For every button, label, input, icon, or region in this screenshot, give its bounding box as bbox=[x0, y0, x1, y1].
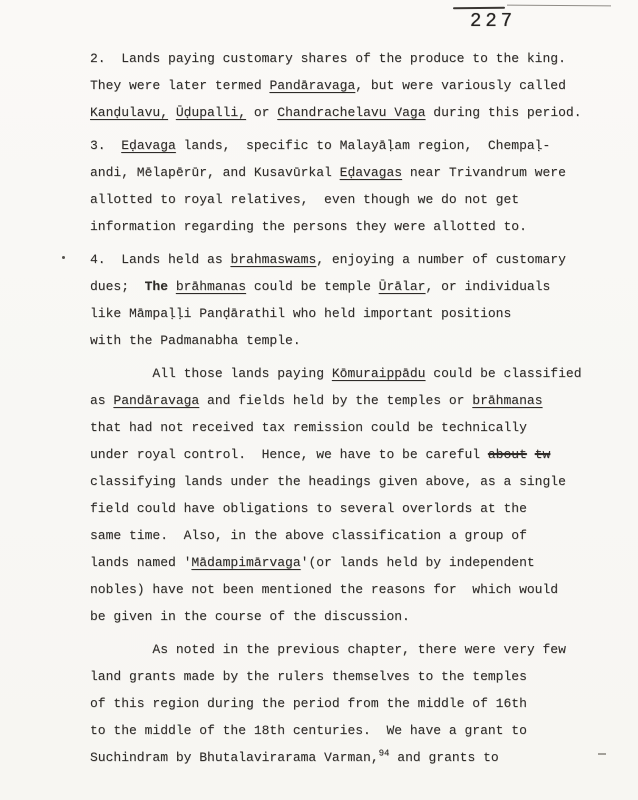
text-run: tw bbox=[535, 447, 551, 462]
text-line: 2. Lands paying customary shares of the … bbox=[90, 45, 610, 72]
text-line: as Pandāravaga and fields held by the te… bbox=[90, 387, 610, 414]
text-run: could be classified bbox=[425, 366, 581, 381]
text-run: same time. Also, in the above classifica… bbox=[90, 528, 527, 543]
page-number: 227 bbox=[470, 10, 516, 32]
text-line: They were later termed Pandāravaga, but … bbox=[90, 72, 610, 99]
text-run: about bbox=[488, 447, 527, 462]
text-run: could be temple bbox=[246, 279, 379, 294]
text-run: Kōmuraippādu bbox=[332, 366, 426, 381]
text-run: Eḍavagas bbox=[340, 165, 402, 180]
text-run: Mādampimārvaga bbox=[191, 555, 300, 570]
text-run: lands named ' bbox=[90, 555, 191, 570]
text-run: that had not received tax remission coul… bbox=[90, 420, 527, 435]
text-run: As noted in the previous chapter, there … bbox=[90, 642, 566, 657]
scan-artifact-line bbox=[507, 5, 611, 7]
text-run: Ūrālar bbox=[379, 279, 426, 294]
text-run: or bbox=[246, 105, 277, 120]
scan-artifact-dot bbox=[62, 256, 65, 259]
text-run: allotted to royal relatives, even though… bbox=[90, 192, 519, 207]
text-run: information regarding the persons they w… bbox=[90, 219, 527, 234]
text-line: to the middle of the 18th centuries. We … bbox=[90, 717, 610, 744]
text-line: with the Padmanabha temple. bbox=[90, 327, 610, 354]
text-run: as bbox=[90, 393, 113, 408]
paragraph: As noted in the previous chapter, there … bbox=[90, 636, 610, 771]
text-run: Chandrachelavu Vaga bbox=[277, 105, 425, 120]
text-run: 3. bbox=[90, 138, 121, 153]
text-body: 2. Lands paying customary shares of the … bbox=[90, 45, 610, 777]
text-line: under royal control. Hence, we have to b… bbox=[90, 441, 610, 468]
text-run: 4. Lands held as bbox=[90, 252, 230, 267]
text-run: brahmaswams bbox=[230, 252, 316, 267]
text-run: and grants to bbox=[389, 750, 498, 765]
text-line: that had not received tax remission coul… bbox=[90, 414, 610, 441]
text-line: dues; The brāhmanas could be temple Ūrāl… bbox=[90, 273, 610, 300]
text-line: 3. Eḍavaga lands, specific to Malayāḷam … bbox=[90, 132, 610, 159]
text-line: andi, Mēlapērūr, and Kusavūrkal Eḍavagas… bbox=[90, 159, 610, 186]
paragraph: 4. Lands held as brahmaswams, enjoying a… bbox=[90, 246, 610, 354]
text-run: classifying lands under the headings giv… bbox=[90, 474, 566, 489]
text-run: land grants made by the rulers themselve… bbox=[90, 669, 527, 684]
text-line: classifying lands under the headings giv… bbox=[90, 468, 610, 495]
text-run: near Trivandrum were bbox=[402, 165, 566, 180]
text-run: during this period. bbox=[426, 105, 582, 120]
text-line: like Māmpaḷḷi Panḍārathil who held impor… bbox=[90, 300, 610, 327]
scan-artifact-line bbox=[453, 7, 505, 10]
text-run: All those lands paying bbox=[90, 366, 332, 381]
text-run: brāhmanas bbox=[176, 279, 246, 294]
text-run: field could have obligations to several … bbox=[90, 501, 527, 516]
text-run: 2. Lands paying customary shares of the … bbox=[90, 51, 566, 66]
text-line: All those lands paying Kōmuraippādu coul… bbox=[90, 360, 610, 387]
text-run: The bbox=[145, 279, 168, 294]
text-run: nobles) have not been mentioned the reas… bbox=[90, 582, 558, 597]
text-run: They were later termed bbox=[90, 78, 269, 93]
text-run: of this region during the period from th… bbox=[90, 696, 527, 711]
text-line: same time. Also, in the above classifica… bbox=[90, 522, 610, 549]
paragraph: 3. Eḍavaga lands, specific to Malayāḷam … bbox=[90, 132, 610, 240]
text-line: be given in the course of the discussion… bbox=[90, 603, 610, 630]
text-run: be given in the course of the discussion… bbox=[90, 609, 410, 624]
text-line: lands named 'Mādampimārvaga'(or lands he… bbox=[90, 549, 610, 576]
text-run: Eḍavaga bbox=[121, 138, 176, 153]
text-run: Pandāravaga bbox=[269, 78, 355, 93]
text-line: Suchindram by Bhutalavirarama Varman,94 … bbox=[90, 744, 610, 771]
text-run bbox=[527, 447, 535, 462]
text-run: , but were variously called bbox=[355, 78, 566, 93]
text-run: dues; bbox=[90, 279, 145, 294]
text-line: allotted to royal relatives, even though… bbox=[90, 186, 610, 213]
text-run: Pandāravaga bbox=[113, 393, 199, 408]
text-run bbox=[168, 279, 176, 294]
text-run: Suchindram by Bhutalavirarama Varman, bbox=[90, 750, 379, 765]
text-run: like Māmpaḷḷi Panḍārathil who held impor… bbox=[90, 306, 511, 321]
text-run: Ūḍupalli, bbox=[176, 105, 246, 120]
text-run: , enjoying a number of customary bbox=[316, 252, 566, 267]
text-run: , or individuals bbox=[425, 279, 550, 294]
text-line: As noted in the previous chapter, there … bbox=[90, 636, 610, 663]
text-run: 94 bbox=[379, 749, 390, 759]
text-run: andi, Mēlapērūr, and Kusavūrkal bbox=[90, 165, 340, 180]
text-run bbox=[168, 105, 176, 120]
text-line: nobles) have not been mentioned the reas… bbox=[90, 576, 610, 603]
paragraph: All those lands paying Kōmuraippādu coul… bbox=[90, 360, 610, 630]
text-run: to the middle of the 18th centuries. We … bbox=[90, 723, 527, 738]
paragraph: 2. Lands paying customary shares of the … bbox=[90, 45, 610, 126]
text-line: 4. Lands held as brahmaswams, enjoying a… bbox=[90, 246, 610, 273]
scanned-page: 227 2. Lands paying customary shares of … bbox=[0, 0, 638, 800]
text-run: under royal control. Hence, we have to b… bbox=[90, 447, 488, 462]
text-run: lands, specific to Malayāḷam region, Che… bbox=[176, 138, 550, 153]
text-line: field could have obligations to several … bbox=[90, 495, 610, 522]
text-line: Kanḍulavu, Ūḍupalli, or Chandrachelavu V… bbox=[90, 99, 610, 126]
scan-artifact-dash bbox=[598, 753, 606, 755]
text-run: '(or lands held by independent bbox=[301, 555, 535, 570]
text-run: and fields held by the temples or bbox=[199, 393, 472, 408]
text-run: Kanḍulavu, bbox=[90, 105, 168, 120]
text-line: information regarding the persons they w… bbox=[90, 213, 610, 240]
text-line: of this region during the period from th… bbox=[90, 690, 610, 717]
text-run: with the Padmanabha temple. bbox=[90, 333, 301, 348]
text-line: land grants made by the rulers themselve… bbox=[90, 663, 610, 690]
text-run: brāhmanas bbox=[472, 393, 542, 408]
